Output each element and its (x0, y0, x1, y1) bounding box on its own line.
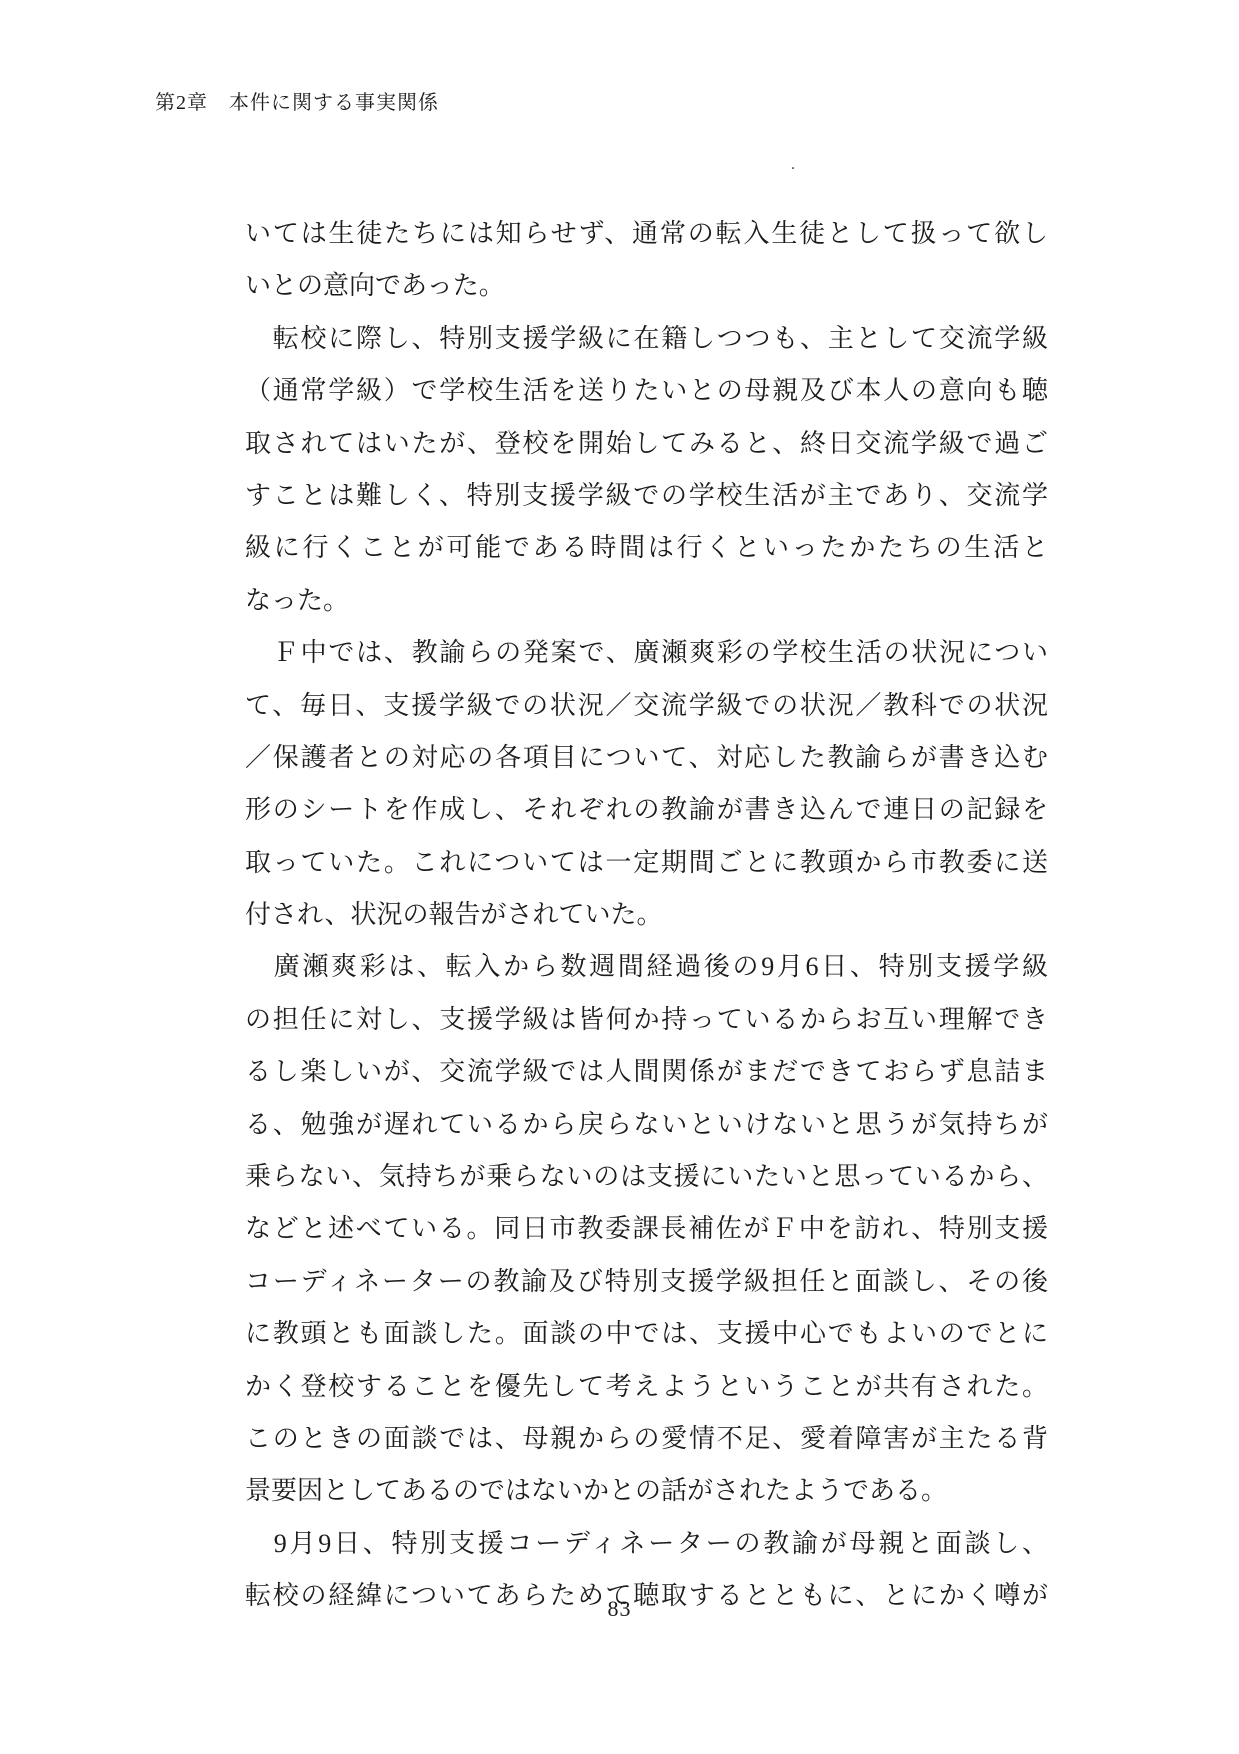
text-line: 取されてはいたが、登校を開始してみると、終日交流学級で過ご (245, 418, 1048, 470)
text-line: いとの意向であった。 (245, 260, 1048, 312)
text-line: 9月9日、特別支援コーディネーターの教諭が母親と面談し、 (245, 1518, 1048, 1570)
stray-dot-mark: . (791, 156, 795, 174)
text-line: 級に行くことが可能である時間は行くといったかたちの生活と (245, 522, 1048, 574)
text-line: 景要因としてあるのではないかとの話がされたようである。 (245, 1465, 1048, 1517)
page-number: 83 (0, 1596, 1239, 1622)
document-page: 第2章 本件に関する事実関係 . いては生徒たちには知らせず、通常の転入生徒とし… (0, 0, 1239, 1754)
text-line: る、勉強が遅れているから戻らないといけないと思うが気持ちが (245, 1099, 1048, 1151)
text-line: ／保護者との対応の各項目について、対応した教諭らが書き込む (245, 732, 1048, 784)
text-line: などと述べている。同日市教委課長補佐がＦ中を訪れ、特別支援 (245, 1203, 1048, 1255)
text-line: （通常学級）で学校生活を送りたいとの母親及び本人の意向も聴 (245, 365, 1048, 417)
text-line: すことは難しく、特別支援学級での学校生活が主であり、交流学 (245, 470, 1048, 522)
text-line: るし楽しいが、交流学級では人間関係がまだできておらず息詰ま (245, 1046, 1048, 1098)
text-line: の担任に対し、支援学級は皆何か持っているからお互い理解でき (245, 994, 1048, 1046)
text-line: いては生徒たちには知らせず、通常の転入生徒として扱って欲し (245, 208, 1048, 260)
text-line: に教頭とも面談した。面談の中では、支援中心でもよいのでとに (245, 1308, 1048, 1360)
text-line: 転校に際し、特別支援学級に在籍しつつも、主として交流学級 (245, 313, 1048, 365)
body-text: いては生徒たちには知らせず、通常の転入生徒として扱って欲しいとの意向であった。 … (245, 208, 1048, 1623)
text-line: 乗らない、気持ちが乗らないのは支援にいたいと思っているから、 (245, 1151, 1048, 1203)
text-line: コーディネーターの教諭及び特別支援学級担任と面談し、その後 (245, 1256, 1048, 1308)
text-line: て、毎日、支援学級での状況／交流学級での状況／教科での状況 (245, 680, 1048, 732)
text-line: 取っていた。これについては一定期間ごとに教頭から市教委に送 (245, 837, 1048, 889)
text-line: かく登校することを優先して考えようということが共有された。 (245, 1361, 1048, 1413)
text-line: このときの面談では、母親からの愛情不足、愛着障害が主たる背 (245, 1413, 1048, 1465)
text-line: 形のシートを作成し、それぞれの教諭が書き込んで連日の記録を (245, 784, 1048, 836)
text-line: なった。 (245, 575, 1048, 627)
text-line: Ｆ中では、教諭らの発案で、廣瀬爽彩の学校生活の状況につい (245, 627, 1048, 679)
chapter-header: 第2章 本件に関する事実関係 (155, 86, 439, 115)
text-line: 付され、状況の報告がされていた。 (245, 889, 1048, 941)
text-line: 廣瀬爽彩は、転入から数週間経過後の9月6日、特別支援学級 (245, 941, 1048, 993)
